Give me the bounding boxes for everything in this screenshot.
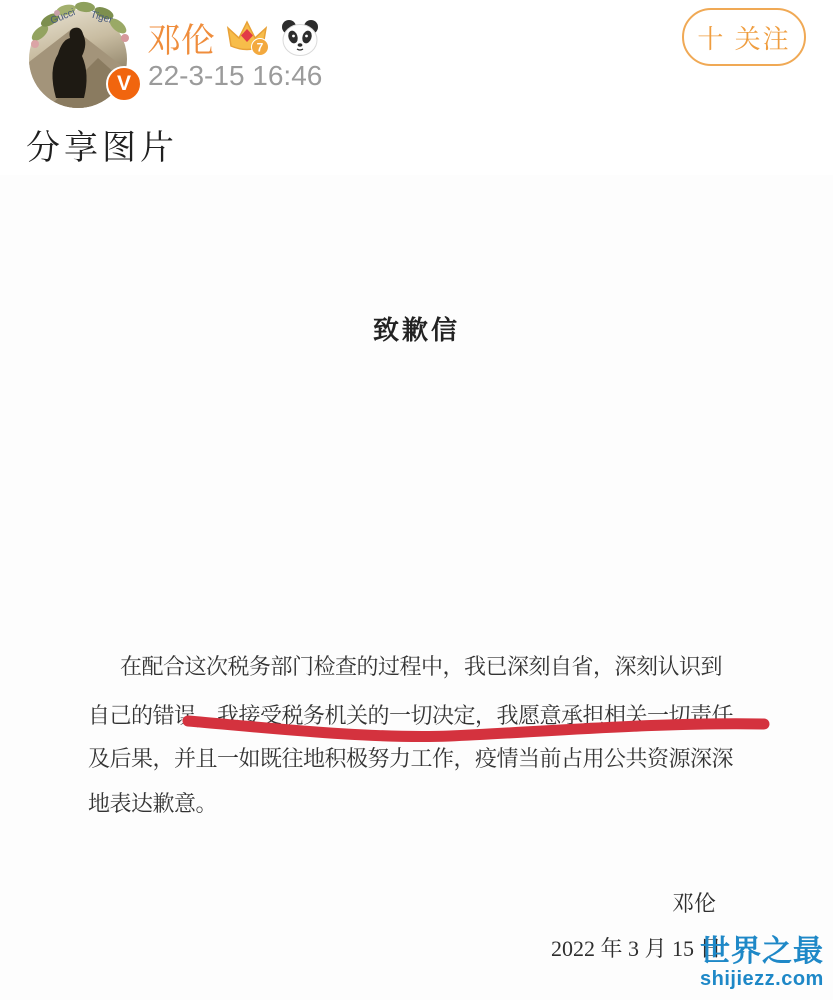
letter-date: 2022 年 3 月 15 日 bbox=[551, 932, 722, 963]
follow-button[interactable]: 十 关注 bbox=[682, 8, 806, 66]
panda-icon bbox=[279, 18, 321, 58]
site-watermark: 世界之最 shijiezz.com bbox=[700, 936, 833, 990]
crown-icon: 7 bbox=[224, 17, 270, 59]
vip-level: 7 bbox=[257, 40, 264, 54]
post-text: 分享图片 bbox=[26, 120, 178, 169]
letter-signature: 邓伦 bbox=[672, 887, 716, 918]
letter-image[interactable]: 致歉信 在配合这次税务部门检查的过程中，我已深刻自省，深刻认识到 自己的错误，我… bbox=[0, 175, 833, 1000]
letter-body: 在配合这次税务部门检查的过程中，我已深刻自省，深刻认识到 自己的错误，我接受税务… bbox=[0, 525, 833, 745]
watermark-site: shijiezz.com bbox=[700, 968, 833, 990]
avatar[interactable]: Gucci Tiger V bbox=[18, 0, 142, 114]
letter-line-4: 地表达歉意。 bbox=[88, 787, 217, 818]
watermark-title: 世界之最 bbox=[700, 936, 833, 968]
letter-title: 致歉信 bbox=[0, 310, 833, 347]
letter-line-2: 自己的错误，我接受税务机关的一切决定，我愿意承担相关一切责任 bbox=[88, 699, 733, 730]
verified-v-badge: V bbox=[106, 66, 142, 102]
timestamp: 22-3-15 16:46 bbox=[148, 60, 322, 92]
letter-line-3: 及后果，并且一如既往地积极努力工作，疫情当前占用公共资源深深 bbox=[88, 742, 733, 773]
letter-line-1: 在配合这次税务部门检查的过程中，我已深刻自省，深刻认识到 bbox=[120, 650, 722, 681]
username[interactable]: 邓伦 bbox=[147, 13, 215, 62]
weibo-post: Gucci Tiger V 邓伦 7 22-3-15 16:46 十 关注 分 bbox=[0, 0, 833, 1000]
